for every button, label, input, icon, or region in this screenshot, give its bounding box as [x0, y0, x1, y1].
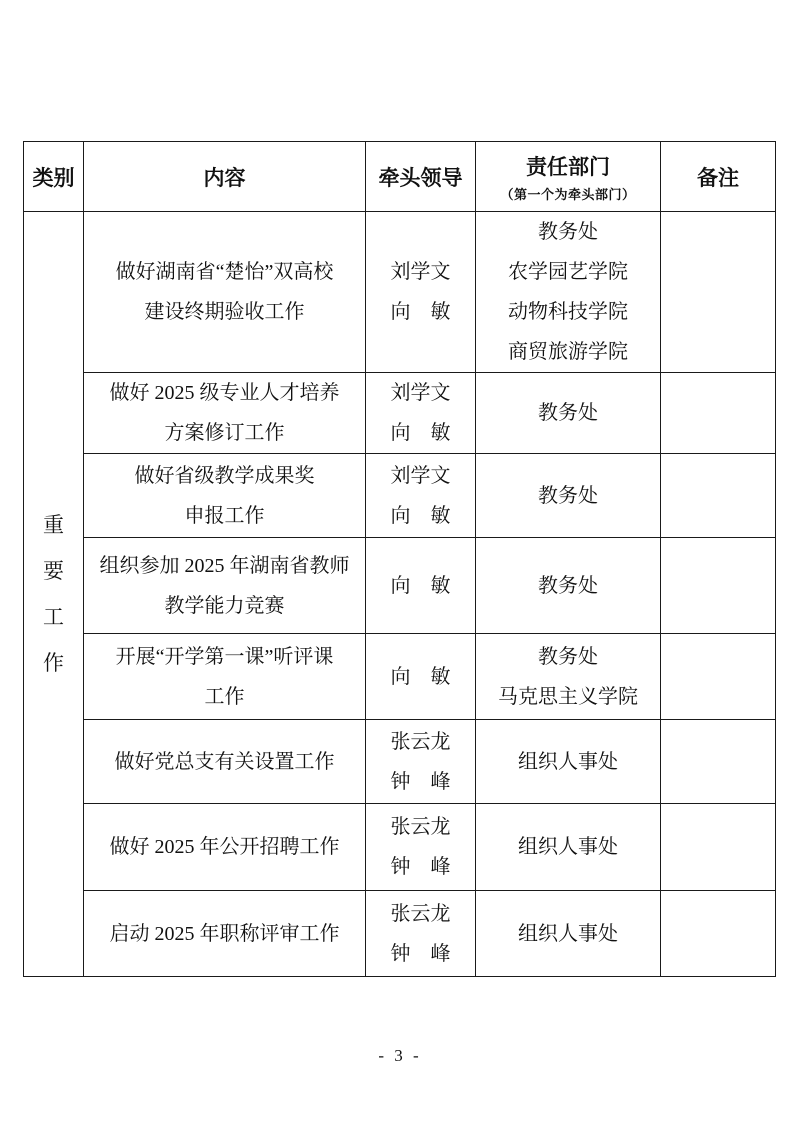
cell-text-line: 向 敏 — [366, 496, 475, 536]
cell-text-line: 张云龙 — [366, 807, 475, 847]
cell-text-line: 张云龙 — [366, 894, 475, 934]
cell-text-line: 做好党总支有关设置工作 — [84, 742, 365, 782]
cell-text-line: 农学园艺学院 — [476, 252, 660, 292]
header-dept-label: 责任部门 — [476, 151, 660, 181]
cell-text-line: 钟 峰 — [366, 934, 475, 974]
table-row: 做好 2025 级专业人才培养方案修订工作 刘学文向 敏 教务处 — [24, 373, 776, 454]
cell-text-line: 向 敏 — [366, 657, 475, 697]
table-row: 启动 2025 年职称评审工作 张云龙钟 峰 组织人事处 — [24, 891, 776, 977]
content-cell: 做好湖南省“楚怡”双高校建设终期验收工作 — [84, 212, 366, 373]
content-cell: 做好省级教学成果奖申报工作 — [84, 454, 366, 538]
lead-cell: 刘学文向 敏 — [366, 373, 476, 454]
dept-cell: 教务处马克思主义学院 — [476, 634, 661, 720]
lead-cell: 向 敏 — [366, 538, 476, 634]
cell-text-line: 钟 峰 — [366, 847, 475, 887]
header-category-label: 类别 — [33, 167, 75, 190]
cell-text-line: 向 敏 — [366, 566, 475, 606]
cell-text-line: 向 敏 — [366, 413, 475, 453]
cell-text-line: 申报工作 — [84, 496, 365, 536]
category-char: 作 — [24, 640, 83, 686]
header-content-label: 内容 — [204, 167, 246, 190]
dept-cell: 教务处 — [476, 454, 661, 538]
header-dept: 责任部门 （第一个为牵头部门） — [476, 142, 661, 212]
cell-text-line: 刘学文 — [366, 373, 475, 413]
cell-text-line: 组织人事处 — [476, 742, 660, 782]
category-char: 要 — [24, 548, 83, 594]
cell-text-line: 教务处 — [476, 637, 660, 677]
lead-cell: 刘学文向 敏 — [366, 212, 476, 373]
remark-cell — [661, 891, 776, 977]
header-lead: 牵头领导 — [366, 142, 476, 212]
cell-text-line: 做好湖南省“楚怡”双高校 — [84, 252, 365, 292]
content-cell: 开展“开学第一课”听评课工作 — [84, 634, 366, 720]
cell-text-line: 做好省级教学成果奖 — [84, 456, 365, 496]
dept-cell: 教务处 — [476, 538, 661, 634]
cell-text-line: 教务处 — [476, 566, 660, 606]
header-dept-subnote: （第一个为牵头部门） — [476, 184, 660, 203]
cell-text-line: 建设终期验收工作 — [84, 292, 365, 332]
cell-text-line: 组织人事处 — [476, 827, 660, 867]
cell-text-line: 刘学文 — [366, 456, 475, 496]
remark-cell — [661, 212, 776, 373]
lead-cell: 张云龙钟 峰 — [366, 720, 476, 804]
remark-cell — [661, 538, 776, 634]
dept-cell: 教务处农学园艺学院动物科技学院商贸旅游学院 — [476, 212, 661, 373]
lead-cell: 向 敏 — [366, 634, 476, 720]
cell-text-line: 教学能力竞赛 — [84, 586, 365, 626]
lead-cell: 张云龙钟 峰 — [366, 804, 476, 891]
remark-cell — [661, 373, 776, 454]
cell-text-line: 张云龙 — [366, 722, 475, 762]
page-number: - 3 - — [0, 1046, 800, 1066]
lead-cell: 刘学文向 敏 — [366, 454, 476, 538]
content-cell: 做好党总支有关设置工作 — [84, 720, 366, 804]
cell-text-line: 刘学文 — [366, 252, 475, 292]
table-row: 组织参加 2025 年湖南省教师教学能力竞赛 向 敏 教务处 — [24, 538, 776, 634]
cell-text-line: 做好 2025 级专业人才培养 — [84, 373, 365, 413]
category-char: 重 — [24, 502, 83, 548]
header-row: 类别 内容 牵头领导 责任部门 （第一个为牵头部门） 备注 — [24, 142, 776, 212]
cell-text-line: 向 敏 — [366, 292, 475, 332]
cell-text-line: 商贸旅游学院 — [476, 332, 660, 372]
content-cell: 做好 2025 级专业人才培养方案修订工作 — [84, 373, 366, 454]
header-remark: 备注 — [661, 142, 776, 212]
cell-text-line: 教务处 — [476, 212, 660, 252]
category-char: 工 — [24, 594, 83, 640]
header-remark-label: 备注 — [697, 167, 739, 190]
table-row: 做好党总支有关设置工作 张云龙钟 峰 组织人事处 — [24, 720, 776, 804]
remark-cell — [661, 634, 776, 720]
cell-text-line: 开展“开学第一课”听评课 — [84, 637, 365, 677]
cell-text-line: 动物科技学院 — [476, 292, 660, 332]
category-cell: 重要工作 — [24, 212, 84, 977]
dept-cell: 组织人事处 — [476, 891, 661, 977]
cell-text-line: 做好 2025 年公开招聘工作 — [84, 827, 365, 867]
remark-cell — [661, 454, 776, 538]
work-plan-table: 类别 内容 牵头领导 责任部门 （第一个为牵头部门） 备注 重要工作 做好湖南省… — [23, 141, 776, 977]
cell-text-line: 工作 — [84, 677, 365, 717]
dept-cell: 组织人事处 — [476, 720, 661, 804]
lead-cell: 张云龙钟 峰 — [366, 891, 476, 977]
dept-cell: 组织人事处 — [476, 804, 661, 891]
remark-cell — [661, 720, 776, 804]
document-page: 类别 内容 牵头领导 责任部门 （第一个为牵头部门） 备注 重要工作 做好湖南省… — [0, 0, 800, 1132]
cell-text-line: 组织人事处 — [476, 914, 660, 954]
table-row: 做好省级教学成果奖申报工作 刘学文向 敏 教务处 — [24, 454, 776, 538]
table-row: 开展“开学第一课”听评课工作 向 敏 教务处马克思主义学院 — [24, 634, 776, 720]
cell-text-line: 钟 峰 — [366, 762, 475, 802]
table-row: 重要工作 做好湖南省“楚怡”双高校建设终期验收工作 刘学文向 敏 教务处农学园艺… — [24, 212, 776, 373]
cell-text-line: 组织参加 2025 年湖南省教师 — [84, 546, 365, 586]
content-cell: 做好 2025 年公开招聘工作 — [84, 804, 366, 891]
content-cell: 组织参加 2025 年湖南省教师教学能力竞赛 — [84, 538, 366, 634]
cell-text-line: 教务处 — [476, 393, 660, 433]
cell-text-line: 教务处 — [476, 476, 660, 516]
header-category: 类别 — [24, 142, 84, 212]
header-content: 内容 — [84, 142, 366, 212]
dept-cell: 教务处 — [476, 373, 661, 454]
remark-cell — [661, 804, 776, 891]
cell-text-line: 方案修订工作 — [84, 413, 365, 453]
header-lead-label: 牵头领导 — [379, 167, 463, 190]
cell-text-line: 马克思主义学院 — [476, 677, 660, 717]
cell-text-line: 启动 2025 年职称评审工作 — [84, 914, 365, 954]
table-body: 重要工作 做好湖南省“楚怡”双高校建设终期验收工作 刘学文向 敏 教务处农学园艺… — [24, 212, 776, 977]
content-cell: 启动 2025 年职称评审工作 — [84, 891, 366, 977]
table-row: 做好 2025 年公开招聘工作 张云龙钟 峰 组织人事处 — [24, 804, 776, 891]
